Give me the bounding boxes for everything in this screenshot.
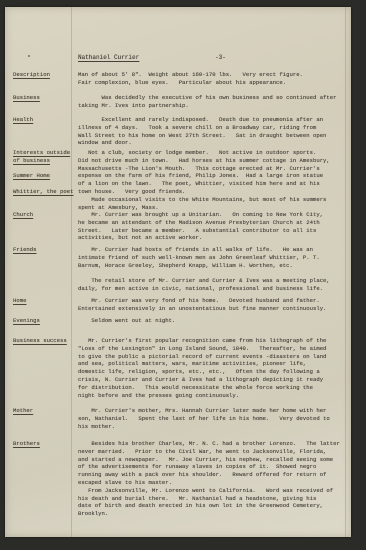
description-text: Man of about 5' 8". Weight about 160-170…: [78, 71, 303, 87]
margin-rule-left: [71, 7, 72, 537]
business-text: Was decidedly the executive of his own b…: [78, 94, 336, 110]
label-church: Church: [13, 211, 33, 219]
label-of-business: of business: [13, 157, 50, 165]
health-text: Excellent and rarely indisposed. Death d…: [78, 116, 326, 147]
stray-ink-dot: [28, 55, 30, 57]
label-mother: Mother: [13, 407, 33, 415]
label-interests-outside: Interests outside: [13, 149, 70, 157]
label-description: Description: [13, 71, 50, 79]
label-friends: Friends: [13, 246, 37, 254]
home-text: Mr. Currier was very fond of his home. D…: [78, 297, 326, 313]
document-page: Nathaniel Currier -3- Description Man of…: [5, 7, 351, 537]
margin-rule-right: [345, 7, 346, 537]
label-evenings: Evenings: [13, 317, 40, 325]
page-number: -3-: [215, 54, 226, 62]
brothers-text: Besides his brother Charles, Mr. N. C. h…: [78, 440, 340, 518]
label-brothers: Brothers: [13, 440, 40, 448]
page-title: Nathaniel Currier: [78, 54, 139, 62]
label-health: Health: [13, 116, 33, 124]
business-success-text: Mr. Currier's first popular recognition …: [78, 337, 326, 399]
label-summer-home: Summer Home: [13, 172, 50, 180]
evenings-text: Seldom went out at night.: [78, 317, 175, 325]
friends-text: Mr. Currier had hosts of friends in all …: [78, 246, 330, 293]
label-whittier-the-poet: Whittier, the poet: [13, 188, 73, 196]
mother-text: Mr. Currier's mother, Mrs. Hannah Currie…: [78, 407, 330, 430]
label-business-success: Business success: [13, 337, 67, 345]
label-business: Business: [13, 94, 40, 102]
church-text: Mr. Currier was brought up a Unitarian. …: [78, 211, 323, 242]
interests-text: Not a club, society or lodge member. Not…: [78, 149, 330, 211]
label-home: Home: [13, 297, 26, 305]
